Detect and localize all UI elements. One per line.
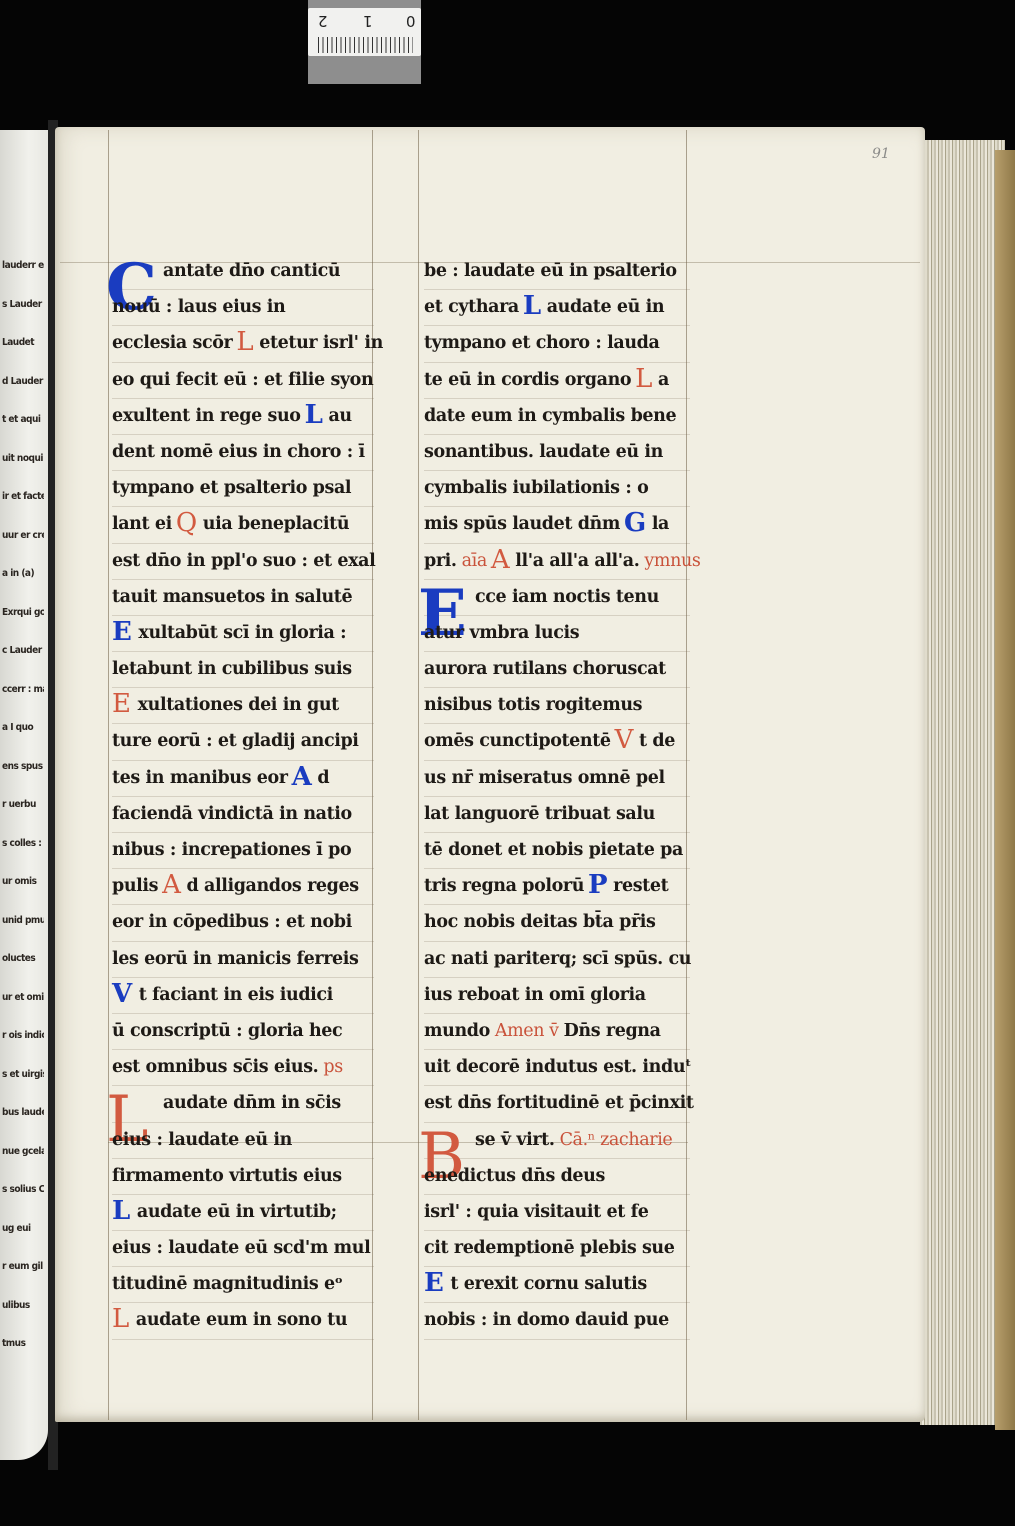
- text-line: tympano et psalterio psal: [112, 471, 374, 507]
- text-line: tris regna polorūPrestet: [424, 869, 690, 905]
- decorated-initial: E: [112, 616, 131, 648]
- text-line: tes in manibus eorAd: [112, 761, 374, 797]
- facing-page-line: r ois indic: [2, 1030, 44, 1044]
- rubric: ps: [323, 1057, 342, 1077]
- text-line: eius : laudate eū in: [112, 1123, 374, 1159]
- page-fore-edge: [920, 140, 1005, 1425]
- scale-label-1: 1: [363, 12, 373, 30]
- line-text: exultent in rege suo: [112, 406, 301, 426]
- text-line: tauit mansuetos in salutē: [112, 580, 374, 616]
- facing-page-line: oluctes: [2, 953, 44, 967]
- text-line: cymbalis iubilationis : o: [424, 471, 690, 507]
- line-text: dent nomē eius in choro : ī: [112, 442, 365, 462]
- line-text: et cythara: [424, 297, 519, 317]
- facing-page-edge: lauderr eis LauderLaudetd Laudert et aqu…: [0, 130, 48, 1460]
- decorated-initial: V: [615, 724, 633, 756]
- line-text: d alligandos reges: [187, 876, 359, 896]
- text-line: ū conscriptū : gloria hec: [112, 1014, 374, 1050]
- line-text: est dn̄o in ppl'o suo : et exal: [112, 551, 375, 571]
- text-line: Cantate dn̄o canticū: [112, 254, 374, 290]
- line-text: est omnibus sc̄is eius.: [112, 1057, 318, 1077]
- line-text: tauit mansuetos in salutē: [112, 587, 352, 607]
- line-text: audate eum in sono tu: [136, 1310, 347, 1330]
- rubric: Amen: [495, 1021, 544, 1041]
- line-text: pulis: [112, 876, 158, 896]
- line-text: cce iam noctis tenu: [475, 587, 659, 607]
- line-text: be : laudate eū in psalterio: [424, 261, 677, 281]
- line-text: audate eū in: [547, 297, 664, 317]
- facing-page-line: c Lauder: [2, 645, 44, 659]
- line-text: Dn̄s regna: [564, 1021, 661, 1041]
- line-text: audate eū in virtutib;: [137, 1202, 337, 1222]
- decorated-initial: L: [523, 290, 541, 322]
- line-text: ū conscriptū : gloria hec: [112, 1021, 342, 1041]
- text-line: nibus : increpationes ī po: [112, 833, 374, 869]
- facing-page-line: Exrqui gou: [2, 607, 44, 621]
- line-text: enedictus dn̄s deus: [424, 1166, 605, 1186]
- text-line: tympano et choro : lauda: [424, 326, 690, 362]
- line-text: xultationes dei in gut: [138, 695, 339, 715]
- folio-number: 91: [872, 146, 890, 162]
- text-line: hoc nobis deitas bt̄a pr̄is: [424, 905, 690, 941]
- decorated-initial: V: [112, 978, 132, 1010]
- scale-ticks: [318, 37, 413, 53]
- line-text: cymbalis iubilationis : o: [424, 478, 648, 498]
- line-text: ll'a all'a all'a.: [515, 551, 639, 571]
- scale-bar: 0 1 2: [308, 8, 421, 56]
- text-line: Exultationes dei in gut: [112, 688, 374, 724]
- line-text: tes in manibus eor: [112, 768, 288, 788]
- decorated-initial: A: [162, 869, 180, 901]
- text-line: les eorū in manicis ferreis: [112, 942, 374, 978]
- text-line: letabunt in cubilibus suis: [112, 652, 374, 688]
- decorated-initial: A: [292, 761, 312, 793]
- text-line: nisibus totis rogitemus: [424, 688, 690, 724]
- decorated-initial: Q: [176, 507, 197, 539]
- text-line: Laudate dn̄m in sc̄is: [112, 1086, 374, 1122]
- line-text: audate dn̄m in sc̄is: [163, 1093, 341, 1113]
- text-line: est dn̄o in ppl'o suo : et exal: [112, 544, 374, 580]
- line-text: hoc nobis deitas bt̄a pr̄is: [424, 912, 655, 932]
- line-text: sonantibus. laudate eū in: [424, 442, 663, 462]
- text-line: est dn̄s fortitudinē et p̄cinxit: [424, 1086, 690, 1122]
- line-text: mis spūs laudet dn̄m: [424, 514, 620, 534]
- line-text: pri.: [424, 551, 457, 571]
- line-text: nouū : laus eius in: [112, 297, 285, 317]
- line-text: omēs cunctipotentē: [424, 731, 611, 751]
- line-text: lat languorē tribuat salu: [424, 804, 655, 824]
- rubric: ymnus: [644, 551, 700, 571]
- text-line: Ecce iam noctis tenu: [424, 580, 690, 616]
- facing-page-line: unid pmu: [2, 915, 44, 929]
- decorated-initial: L: [236, 326, 253, 358]
- text-column-left: Cantate dn̄o canticūnouū : laus eius ine…: [112, 254, 374, 1340]
- line-text: restet: [613, 876, 668, 896]
- line-text: letabunt in cubilibus suis: [112, 659, 352, 679]
- line-text: cit redemptionē plebis sue: [424, 1238, 674, 1258]
- decorated-initial: E: [112, 688, 131, 720]
- facing-page-line: r eum gil: [2, 1261, 44, 1275]
- line-text: les eorū in manicis ferreis: [112, 949, 358, 969]
- text-line: lant eiQuia beneplacitū: [112, 507, 374, 543]
- text-line: mundoAmenv̄Dn̄s regna: [424, 1014, 690, 1050]
- line-text: ecclesia scōr: [112, 333, 232, 353]
- text-line: us nr̄ miseratus omnē pel: [424, 761, 690, 797]
- line-text: ture eorū : et gladij ancipi: [112, 731, 359, 751]
- line-text: te eū in cordis organo: [424, 370, 631, 390]
- text-line: eius : laudate eū scd'm mul: [112, 1231, 374, 1267]
- text-line: Et erexit cornu salutis: [424, 1267, 690, 1303]
- text-column-right: be : laudate eū in psalterioet cytharaLa…: [424, 254, 690, 1340]
- text-line: mis spūs laudet dn̄mGla: [424, 507, 690, 543]
- facing-page-line: Laudet: [2, 337, 44, 351]
- scale-label-2: 2: [318, 12, 328, 30]
- rubric: aīa: [462, 551, 487, 571]
- facing-page-line: uur er crea: [2, 530, 44, 544]
- line-text: nisibus totis rogitemus: [424, 695, 642, 715]
- facing-page-line: t et aqui: [2, 414, 44, 428]
- line-text: t erexit cornu salutis: [450, 1274, 646, 1294]
- line-text: est dn̄s fortitudinē et p̄cinxit: [424, 1093, 694, 1113]
- decorated-initial: G: [624, 507, 646, 539]
- facing-page-line: d Lauder: [2, 376, 44, 390]
- facing-page-line: s colles :: [2, 838, 44, 852]
- ruling-col2-left: [418, 130, 419, 1420]
- facing-page-line: ccerr : magis: [2, 684, 44, 698]
- line-text: t faciant in eis iudici: [139, 985, 333, 1005]
- text-line: et cytharaLaudate eū in: [424, 290, 690, 326]
- text-line: titudinē magnitudinis eᵒ: [112, 1267, 374, 1303]
- text-line: isrl' : quia visitauit et fe: [424, 1195, 690, 1231]
- line-text: mundo: [424, 1021, 490, 1041]
- line-text: t de: [639, 731, 675, 751]
- text-line: pri.aīaAll'a all'a all'a.ymnus: [424, 544, 690, 580]
- facing-page-line: nue gcelant: [2, 1146, 44, 1160]
- text-line: sonantibus. laudate eū in: [424, 435, 690, 471]
- line-text: au: [328, 406, 351, 426]
- text-line: faciendā vindictā in natio: [112, 797, 374, 833]
- text-line: uit decorē indutus est. induᵗ: [424, 1050, 690, 1086]
- line-text: isrl' : quia visitauit et fe: [424, 1202, 648, 1222]
- text-line: lat languorē tribuat salu: [424, 797, 690, 833]
- text-line: aurora rutilans choruscat: [424, 652, 690, 688]
- line-text: xultabūt scī in gloria :: [138, 623, 346, 643]
- text-line: exultent in rege suoLau: [112, 399, 374, 435]
- line-text: tris regna polorū: [424, 876, 584, 896]
- line-text: d: [317, 768, 329, 788]
- facing-page-line: ulibus: [2, 1300, 44, 1314]
- text-line: est omnibus sc̄is eius.ps: [112, 1050, 374, 1086]
- decorated-initial: L: [112, 1195, 130, 1227]
- line-text: la: [652, 514, 669, 534]
- line-text: nibus : increpationes ī po: [112, 840, 351, 860]
- facing-page-line: ug eui: [2, 1223, 44, 1237]
- text-line: ac nati pariterq; scī spūs. cu: [424, 942, 690, 978]
- line-text: uia beneplacitū: [203, 514, 349, 534]
- line-text: us nr̄ miseratus omnē pel: [424, 768, 665, 788]
- text-line: nobis : in domo dauid pue: [424, 1303, 690, 1339]
- line-text: tympano et psalterio psal: [112, 478, 351, 498]
- decorated-initial: P: [588, 869, 607, 901]
- facing-page-line: ur omis: [2, 876, 44, 890]
- book-cover-edge: [995, 150, 1015, 1430]
- line-text: date eum in cymbalis bene: [424, 406, 676, 426]
- decorated-initial: L: [635, 363, 652, 395]
- line-text: a: [658, 370, 669, 390]
- line-text: faciendā vindictā in natio: [112, 804, 352, 824]
- line-text: eor in cōpedibus : et nobi: [112, 912, 352, 932]
- line-text: lant ei: [112, 514, 172, 534]
- text-line: Laudate eum in sono tu: [112, 1303, 374, 1339]
- text-line: dent nomē eius in choro : ī: [112, 435, 374, 471]
- decorated-initial: L: [305, 399, 323, 431]
- facing-page-line: uit noqui: [2, 453, 44, 467]
- facing-page-line: ur et omis: [2, 992, 44, 1006]
- line-text: nobis : in domo dauid pue: [424, 1310, 669, 1330]
- text-line: atur vmbra lucis: [424, 616, 690, 652]
- line-text: etetur isrl' in: [259, 333, 383, 353]
- decorated-initial: L: [112, 1303, 129, 1335]
- line-text: atur vmbra lucis: [424, 623, 579, 643]
- facing-page-line: bus laudes: [2, 1107, 44, 1121]
- facing-page-line: s et uirgis: [2, 1069, 44, 1083]
- line-text: uit decorē indutus est. induᵗ: [424, 1057, 691, 1077]
- line-text: se v̄ virt.: [475, 1130, 555, 1150]
- facing-page-line: s solius C: [2, 1184, 44, 1198]
- facing-page-line: ir et facte: [2, 491, 44, 505]
- rubric: v̄: [549, 1021, 559, 1041]
- text-line: Laudate eū in virtutib;: [112, 1195, 374, 1231]
- line-text: firmamento virtutis eius: [112, 1166, 342, 1186]
- line-text: aurora rutilans choruscat: [424, 659, 666, 679]
- line-text: ac nati pariterq; scī spūs. cu: [424, 949, 691, 969]
- decorated-initial: E: [424, 1267, 443, 1299]
- text-line: omēs cunctipotentēVt de: [424, 724, 690, 760]
- text-line: eo qui fecit eū : et filie syon: [112, 363, 374, 399]
- facing-page-line: a I quo: [2, 722, 44, 736]
- text-line: te eū in cordis organoLa: [424, 363, 690, 399]
- line-text: eius : laudate eū in: [112, 1130, 292, 1150]
- text-line: be : laudate eū in psalterio: [424, 254, 690, 290]
- text-line: enedictus dn̄s deus: [424, 1159, 690, 1195]
- facing-page-line: lauderr ei: [2, 260, 44, 274]
- facing-page-line: ens spus: [2, 761, 44, 775]
- text-line: firmamento virtutis eius: [112, 1159, 374, 1195]
- line-text: tympano et choro : lauda: [424, 333, 659, 353]
- facing-page-line: s Lauder: [2, 299, 44, 313]
- decorated-initial: A: [491, 544, 509, 576]
- line-text: antate dn̄o canticū: [163, 261, 340, 281]
- facing-page-line: r uerbu: [2, 799, 44, 813]
- text-line: Vt faciant in eis iudici: [112, 978, 374, 1014]
- text-line: Exultabūt scī in gloria :: [112, 616, 374, 652]
- text-line: ius reboat in omī gloria: [424, 978, 690, 1014]
- text-line: eor in cōpedibus : et nobi: [112, 905, 374, 941]
- line-text: eius : laudate eū scd'm mul: [112, 1238, 370, 1258]
- rubric: Cā.ⁿ zacharie: [560, 1130, 673, 1150]
- line-text: ius reboat in omī gloria: [424, 985, 646, 1005]
- facing-page-line: tmus: [2, 1338, 44, 1352]
- line-text: titudinē magnitudinis eᵒ: [112, 1274, 343, 1294]
- text-line: nouū : laus eius in: [112, 290, 374, 326]
- line-text: eo qui fecit eū : et filie syon: [112, 370, 373, 390]
- text-line: cit redemptionē plebis sue: [424, 1231, 690, 1267]
- facing-page-line: a in (a): [2, 568, 44, 582]
- line-text: tē donet et nobis pietate pa: [424, 840, 683, 860]
- scale-label-0: 0: [406, 12, 416, 30]
- text-line: tē donet et nobis pietate pa: [424, 833, 690, 869]
- text-line: pulisAd alligandos reges: [112, 869, 374, 905]
- text-line: date eum in cymbalis bene: [424, 399, 690, 435]
- text-line: ture eorū : et gladij ancipi: [112, 724, 374, 760]
- text-line: Bse v̄ virt.Cā.ⁿ zacharie: [424, 1123, 690, 1159]
- text-line: ecclesia scōrLetetur isrl' in: [112, 326, 374, 362]
